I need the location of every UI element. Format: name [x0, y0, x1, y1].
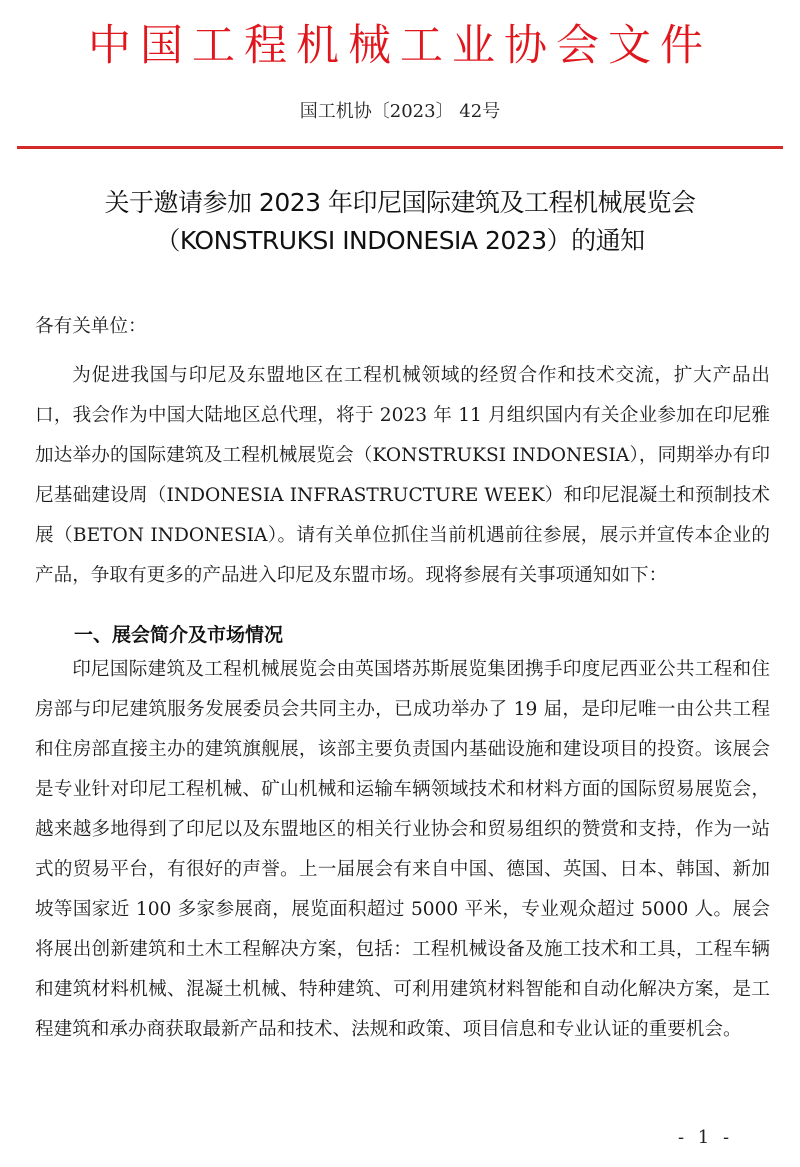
- document-page: 中国工程机械工业协会文件 国工机协〔2023〕 42号 关于邀请参加 2023 …: [0, 0, 800, 1167]
- intro-paragraph: 为促进我国与印尼及东盟地区在工程机械领域的经贸合作和技术交流，扩大产品出口，我会…: [35, 356, 770, 596]
- document-number: 国工机协〔2023〕 42号: [0, 98, 800, 126]
- red-divider-line: [17, 146, 783, 149]
- intro-paragraph-block: 为促进我国与印尼及东盟地区在工程机械领域的经贸合作和技术交流，扩大产品出口，我会…: [35, 356, 770, 596]
- section-heading-1: 一、展会简介及市场情况: [74, 619, 283, 651]
- title-line-1: 关于邀请参加 2023 年印尼国际建筑及工程机械展览会: [0, 184, 800, 222]
- title-line-2: （KONSTRUKSI INDONESIA 2023）的通知: [0, 222, 800, 260]
- issuer-heading: 中国工程机械工业协会文件: [0, 18, 800, 74]
- page-number: - 1 -: [678, 1124, 733, 1152]
- section-1-paragraph-block: 印尼国际建筑及工程机械展览会由英国塔苏斯展览集团携手印度尼西亚公共工程和住房部与…: [35, 650, 770, 1050]
- notice-title: 关于邀请参加 2023 年印尼国际建筑及工程机械展览会 （KONSTRUKSI …: [0, 184, 800, 260]
- section-1-paragraph: 印尼国际建筑及工程机械展览会由英国塔苏斯展览集团携手印度尼西亚公共工程和住房部与…: [35, 650, 770, 1050]
- salutation: 各有关单位：: [35, 309, 147, 345]
